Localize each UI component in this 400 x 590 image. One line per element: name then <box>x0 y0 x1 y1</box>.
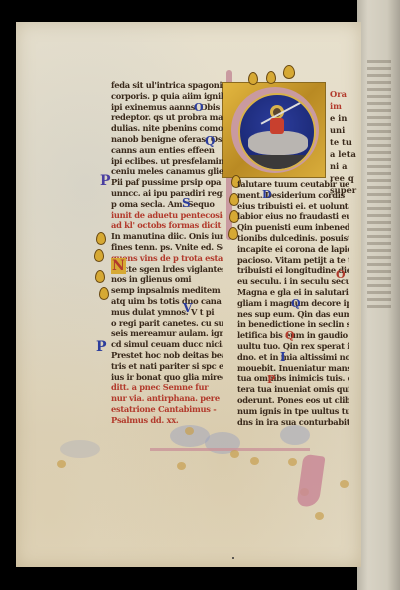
text-line: tera tua inueniat omis qui te <box>237 384 349 395</box>
gold-leaf-icon <box>99 287 109 300</box>
text-line: dulias. nite pbenins como <box>111 123 223 134</box>
gold-leaf-icon <box>248 72 258 85</box>
text-line: uultu tuo. Qin rex sperat in <box>237 341 349 352</box>
adjacent-page-edge <box>357 0 400 590</box>
border-leaf-icon <box>185 427 194 435</box>
text-line: dno. et in mia altissimi non <box>237 352 349 363</box>
text-line: incapite ei corona de lapide <box>237 244 349 255</box>
rubric-line: estatrione Cantabimus - <box>111 404 223 415</box>
border-leaf-icon <box>230 450 239 458</box>
text-line: nes sup eum. Qin das eum <box>237 309 349 320</box>
text-line: falutare tuum ceutabir uehe <box>237 179 349 190</box>
text-line: eu seculu. i in seculu seculi <box>237 276 349 287</box>
text-line: In manutina diic. Onis iunit <box>111 231 223 242</box>
border-leaf-icon <box>340 480 349 488</box>
text-line: tua omnibs inimicis tuis. dex <box>237 373 349 384</box>
decorated-capital: Q <box>291 297 301 310</box>
border-foliage <box>60 440 100 458</box>
text-line: Pii paf pussime prsip opa <box>111 177 223 188</box>
border-leaf-icon <box>315 512 324 520</box>
text-line: pacioso. Vitam petijt a te t <box>237 255 349 266</box>
rubric-line: iunit de aduetu pentecosie usq <box>111 210 223 221</box>
border-foliage <box>280 425 310 445</box>
gold-leaf-icon <box>94 249 104 262</box>
ground <box>240 155 314 169</box>
adjacent-page-text <box>367 60 391 310</box>
text-line: unncc. ai ipu paradiri regna <box>111 188 223 199</box>
text-line: cd simul ceuam ducc nici. <box>111 339 223 350</box>
text-line: feda sit ul'intrica spagonis <box>111 80 223 91</box>
text-fragment: e in <box>330 112 360 124</box>
text-line: tribuisti ei longitudine dierum <box>237 265 349 276</box>
text-line: ment. Desiderium cordis <box>237 190 349 201</box>
decorated-capital: S <box>182 196 191 210</box>
text-line: mouebit. Inueniatur mans <box>237 363 349 374</box>
text-line: Nocte sgen lrdes viglantes <box>111 264 223 275</box>
rubric-line: nur via. antirphana. pere <box>111 393 223 404</box>
saint-red-tunic <box>270 118 284 134</box>
text-line: fines tenn. ps. Vnite ed. Se <box>111 242 223 253</box>
text-line: ipi eclibes. ut presfelamin <box>111 156 223 167</box>
text-line: eius tribuisti ei. et uoluntate <box>237 201 349 212</box>
historiated-initial <box>222 82 326 178</box>
gold-leaf-icon <box>96 232 106 245</box>
text-line: semp inpsalmis meditem <box>111 285 223 296</box>
gold-leaf-icon <box>95 270 105 283</box>
text-fragment: im <box>330 100 360 112</box>
initial-miniature <box>238 93 316 171</box>
gold-leaf-icon <box>266 71 276 84</box>
text-line: nos in glienus omi <box>111 274 223 285</box>
text-line: ceniu meles canamus glie <box>111 166 223 177</box>
text-fragment: te tu <box>330 136 360 148</box>
decorated-capital: O <box>336 268 346 281</box>
text-line: Qin puenisti eum inbenedic <box>237 222 349 233</box>
decorated-capital: V <box>183 301 192 315</box>
rubric-line: quens vins de p trota estate <box>111 253 223 264</box>
border-leaf-icon <box>57 460 66 468</box>
text-line: corporis. p quia aiim igniby <box>111 91 223 102</box>
ink-dot <box>232 557 234 559</box>
decorated-capital: I <box>280 350 286 364</box>
text-line: redeptor. qs ut probra ma <box>111 112 223 123</box>
text-line: seis mereamur aulam. igndi <box>111 328 223 339</box>
text-fragment: ni a <box>330 160 360 172</box>
text-line: oderunt. Pones eos ut clibu <box>237 395 349 406</box>
decorated-capital: Q <box>205 134 215 148</box>
decorated-capital: P <box>267 373 275 386</box>
decorated-capital: P <box>100 173 111 189</box>
left-text-column: feda sit ul'intrica spagonis corporis. p… <box>111 80 223 426</box>
rubric-line: ad kl' octobs formas dicit <box>111 220 223 231</box>
border-leaf-icon <box>177 462 186 470</box>
text-line: ipi exinemus aanns. Obis <box>111 102 223 113</box>
text-line: labior eius no fraudasti eu. <box>237 211 349 222</box>
decorated-capital: P <box>96 339 107 355</box>
text-line: o regi parit canetes. cu sus <box>111 318 223 329</box>
decorated-capital: D <box>262 188 272 201</box>
rubric-line: ditt. a pnec Semne fur <box>111 382 223 393</box>
decorated-capital: N <box>111 258 126 274</box>
text-fragment: uni <box>330 124 360 136</box>
text-line: Prestet hoc nob deitas bea pa <box>111 350 223 361</box>
text-line: atq uim bs totis dno cana <box>111 296 223 307</box>
text-line: num ignis in tpe uultus tui <box>237 406 349 417</box>
text-fragment: a leta <box>330 148 360 160</box>
rubric-line: Psalmus dd. xx. <box>111 415 223 426</box>
gold-leaf-icon <box>283 65 295 79</box>
white-horse <box>248 131 308 155</box>
text-line: ius ir bonat quo glia mireo <box>111 372 223 383</box>
text-fragment: Ora <box>330 88 360 100</box>
text-line: mus dulat ymnos. V t pi <box>111 307 223 318</box>
decorated-capital: Q <box>285 329 295 342</box>
border-leaf-icon <box>250 457 259 465</box>
decorated-capital: O <box>194 101 204 114</box>
text-line: tionibs dulcedinis. posuisti <box>237 233 349 244</box>
text-line: tris et nati pariter si spc ea <box>111 361 223 372</box>
border-leaf-icon <box>288 458 297 466</box>
text-line: p oma secla. Am. Sequo <box>111 199 223 210</box>
